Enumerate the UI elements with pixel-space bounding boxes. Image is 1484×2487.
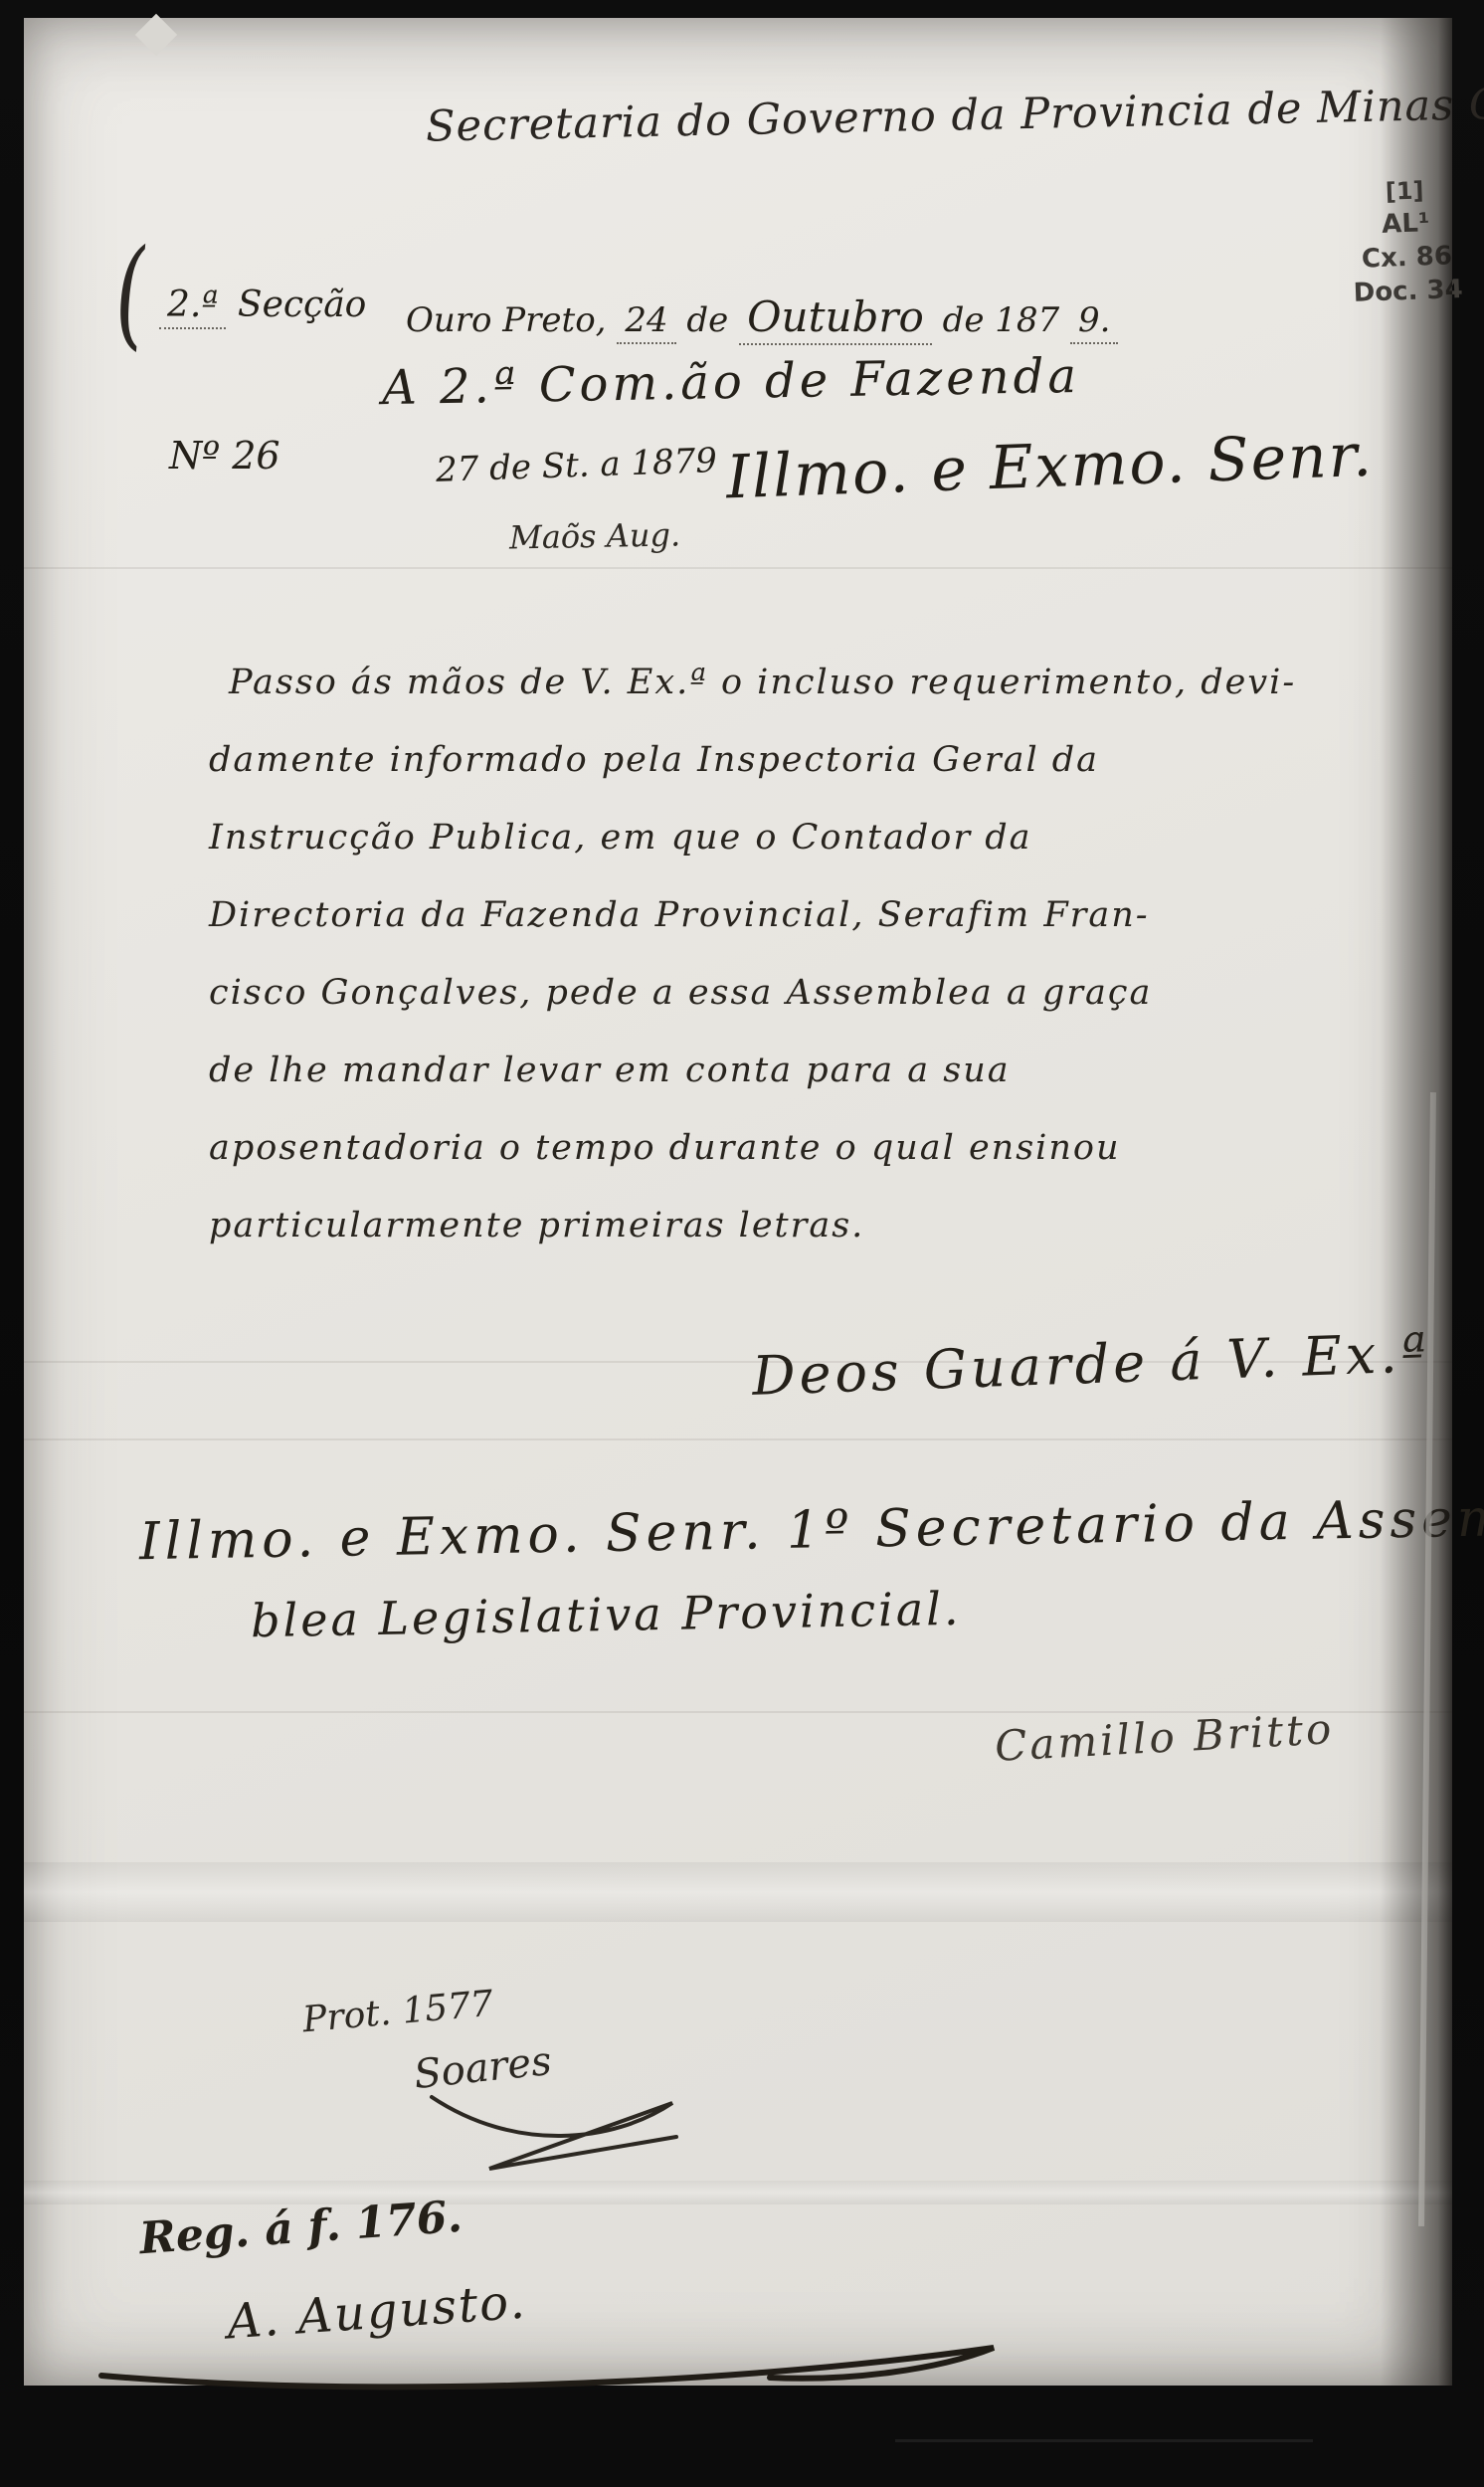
letterhead-title: Secretaria do Governo da Provincia de Mi… xyxy=(426,77,1484,151)
body-line-2: damente informado pela Inspectoria Geral… xyxy=(209,740,1454,818)
scan-artifact-band xyxy=(24,1862,1452,1922)
signature-underline-flourish xyxy=(93,2336,1028,2395)
faint-rule-line xyxy=(24,1711,1452,1713)
page-curl-shadow xyxy=(1381,18,1452,2386)
document-scan: Secretaria do Governo da Provincia de Mi… xyxy=(0,0,1484,2487)
body-line-1: Passo ás mãos de V. Ex.ª o incluso reque… xyxy=(209,663,1454,740)
faint-rule-line xyxy=(24,1438,1452,1440)
body-line-4: Directoria da Fazenda Provincial, Serafi… xyxy=(209,895,1454,973)
scan-artifact-band xyxy=(24,2181,1452,2204)
dateline-month: Outubro xyxy=(739,292,932,345)
document-number: Nº 26 xyxy=(169,434,280,478)
dateline: Ouro Preto, 24 de Outubro de 187 9. xyxy=(406,292,1118,341)
body-line-6: de lhe mandar levar em conta para a sua xyxy=(209,1051,1454,1128)
author-signature: Camillo Britto xyxy=(994,1704,1335,1771)
received-date-note: 27 de St. a 1879 xyxy=(435,441,717,490)
body-paragraph: Passo ás mãos de V. Ex.ª o incluso reque… xyxy=(209,663,1454,1283)
page-corner-notch xyxy=(135,14,177,56)
valediction: Deos Guarde á V. Ex.ª xyxy=(751,1321,1431,1408)
dateline-year: 9. xyxy=(1070,300,1118,344)
faint-rule-line xyxy=(24,567,1452,569)
dateline-de1: de xyxy=(686,300,728,340)
body-line-7: aposentadoria o tempo durante o qual ens… xyxy=(209,1128,1454,1206)
dateline-de2: de 187 xyxy=(943,300,1060,340)
faint-rule-line xyxy=(24,1361,1452,1363)
salutation: Illmo. e Exmo. Senr. xyxy=(725,421,1375,513)
body-line-5: cisco Gonçalves, pede a essa Assemblea a… xyxy=(209,973,1454,1051)
body-line-8: particularmente primeiras letras. xyxy=(209,1206,1454,1283)
body-line-3: Instrucção Publica, em que o Contador da xyxy=(209,818,1454,895)
addressed-to-committee: A 2.ª Com.ão de Fazenda xyxy=(382,348,1081,416)
section-label: 2.ª Secção xyxy=(159,285,366,325)
addressee-line-1: Illmo. e Exmo. Senr. 1º Secretario da As… xyxy=(139,1488,1484,1572)
scan-bottom-streak xyxy=(895,2439,1313,2442)
section-word: Secção xyxy=(238,285,366,325)
addressee-line-2: blea Legislativa Provincial. xyxy=(251,1582,962,1647)
rubric-flourish-stroke xyxy=(426,2087,694,2187)
paper-sheet: Secretaria do Governo da Provincia de Mi… xyxy=(24,18,1452,2386)
dateline-day: 24 xyxy=(617,300,675,344)
section-number: 2.ª xyxy=(159,285,226,329)
section-paren: ( xyxy=(111,224,150,364)
dateline-place: Ouro Preto, xyxy=(406,300,607,340)
hands-note: Maõs Aug. xyxy=(509,516,681,557)
protocol-note: Prot. 1577 xyxy=(301,1984,495,2041)
